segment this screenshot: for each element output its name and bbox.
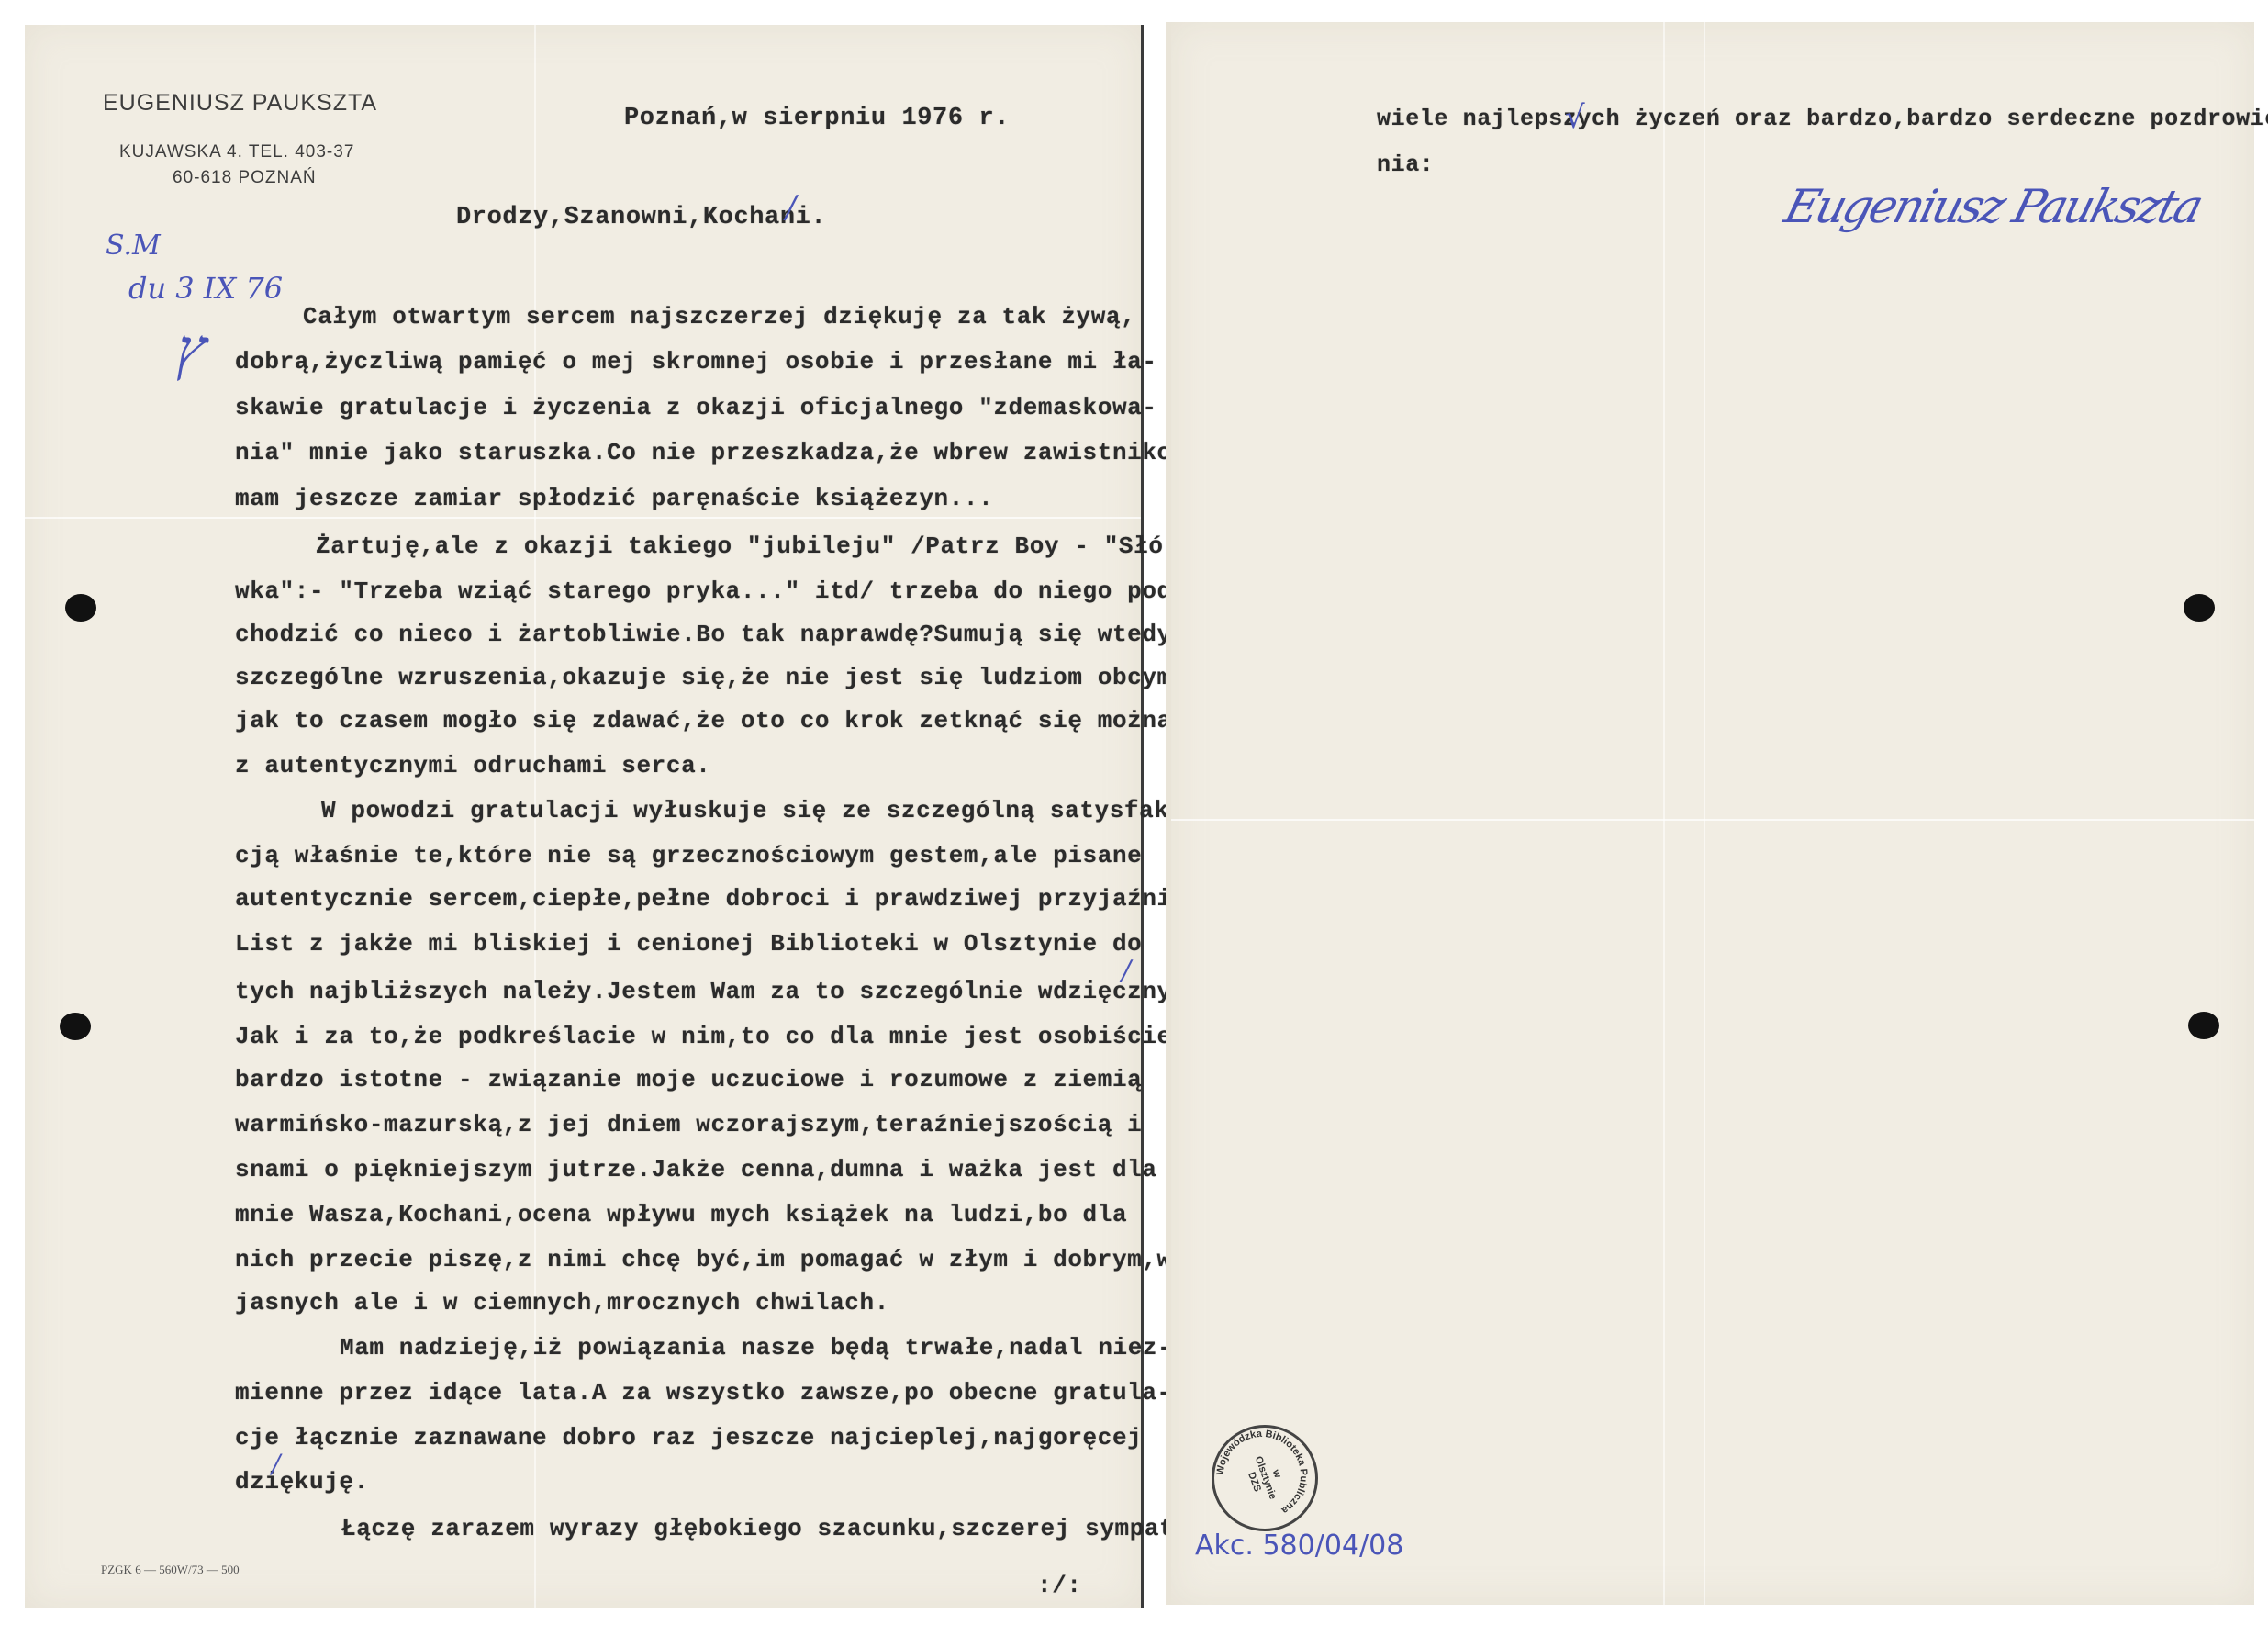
body-line: chodzić co nieco i żartobliwie.Bo tak na… [235,621,1172,648]
punch-hole-icon [65,594,96,622]
pen-mark: √ [1565,99,1585,136]
signature: Eugeniusz Paukszta [1779,180,2207,233]
pen-mark: / [1122,955,1131,987]
body-line: jasnych ale i w ciemnych,mrocznych chwil… [235,1289,889,1317]
body-line: snami o piękniejszym jutrze.Jakże cenna,… [235,1156,1157,1183]
letterhead-name: EUGENIUSZ PAUKSZTA [103,90,377,117]
letterhead-address: KUJAWSKA 4. TEL. 403-37 [119,142,354,162]
body-line: Jak i za to,że podkreślacie w nim,to co … [235,1023,1172,1050]
body-line: skawie gratulacje i życzenia z okazji of… [235,394,1157,421]
body-line: dobrą,życzliwą pamięć o mej skromnej oso… [235,348,1157,375]
margin-annotation-date: du 3 IX 76 [128,271,283,306]
pen-mark: / [272,1449,280,1479]
body-line: jak to czasem mogło się zdawać,że oto co… [235,707,1172,734]
body-line: Żartuję,ale z okazji takiego "jubileju" … [316,532,1179,560]
body-line: z autentycznymi odruchami serca. [235,752,710,779]
body-line: W powodzi gratulacji wyłuskuje się ze sz… [321,797,1184,824]
body-line: mam jeszcze zamiar spłodzić paręnaście k… [235,485,993,512]
continuation-mark: :/: [1037,1572,1082,1599]
body-line: List z jakże mi bliskiej i cenionej Bibl… [235,930,1142,958]
body-line: tych najbliższych należy.Jestem Wam za t… [235,978,1187,1005]
punch-hole-icon [60,1013,91,1040]
body-line: mnie Wasza,Kochani,ocena wpływu mych ksi… [235,1201,1127,1228]
body-line: nich przecie piszę,z nimi chcę być,im po… [235,1246,1172,1273]
body-line: warmińsko-mazurską,z jej dniem wczorajsz… [235,1111,1142,1138]
paper-fold-vertical [1663,22,1665,1605]
body-line: bardzo istotne - związanie moje uczuciow… [235,1066,1142,1093]
letter-page-2 [1166,22,2254,1605]
body-line: Mam nadzieję,iż powiązania nasze będą tr… [340,1334,1172,1361]
body-line: Całym otwartym sercem najszczerzej dzięk… [303,303,1135,331]
paper-fold-horizontal [25,517,1141,519]
margin-annotation-initials: S.M [106,230,161,262]
margin-annotation-mark: ץ [176,317,207,385]
body-line: dziękuję. [235,1468,369,1496]
salutation: Drodzy,Szanowni,Kochani. [456,204,826,231]
svg-text:Wojewódzka Biblioteka Publiczn: Wojewódzka Biblioteka Publiczna [1215,1429,1309,1517]
accession-number: Akc. 580/04/08 [1195,1530,1403,1562]
date-line: Poznań,w sierpniu 1976 r. [624,105,1010,132]
letterhead-city: 60-618 POZNAŃ [173,168,317,188]
body-line: cją właśnie te,które nie są grzecznościo… [235,842,1142,869]
body-line: wiele najlepszych życzeń oraz bardzo,bar… [1377,106,2268,132]
body-line: nia: [1377,151,1434,178]
library-stamp: w Olsztynie DZS Wojewódzka Biblioteka Pu… [1212,1425,1318,1531]
printer-code: PZGK 6 — 560W/73 — 500 [101,1563,240,1577]
body-line: Łączę zarazem wyrazy głębokiego szacunku… [341,1515,1204,1542]
body-line: wka":- "Trzeba wziąć starego pryka..." i… [235,577,1187,605]
pen-mark: / [786,189,796,226]
body-line: szczególne wzruszenia,okazuje się,że nie… [235,664,1187,691]
body-line: nia" mnie jako staruszka.Co nie przeszka… [235,439,1187,466]
punch-hole-icon [2188,1012,2219,1039]
body-line: cje łącznie zaznawane dobro raz jeszcze … [235,1424,1142,1451]
paper-fold-vertical [1704,22,1705,1605]
paper-fold-horizontal [1171,819,2254,821]
stamp-ring-text: Wojewódzka Biblioteka Publiczna [1212,1425,1313,1526]
body-line: mienne przez idące lata.A za wszystko za… [235,1379,1172,1406]
punch-hole-icon [2184,594,2215,622]
body-line: autentycznie sercem,ciepłe,pełne dobroci… [235,885,1187,913]
